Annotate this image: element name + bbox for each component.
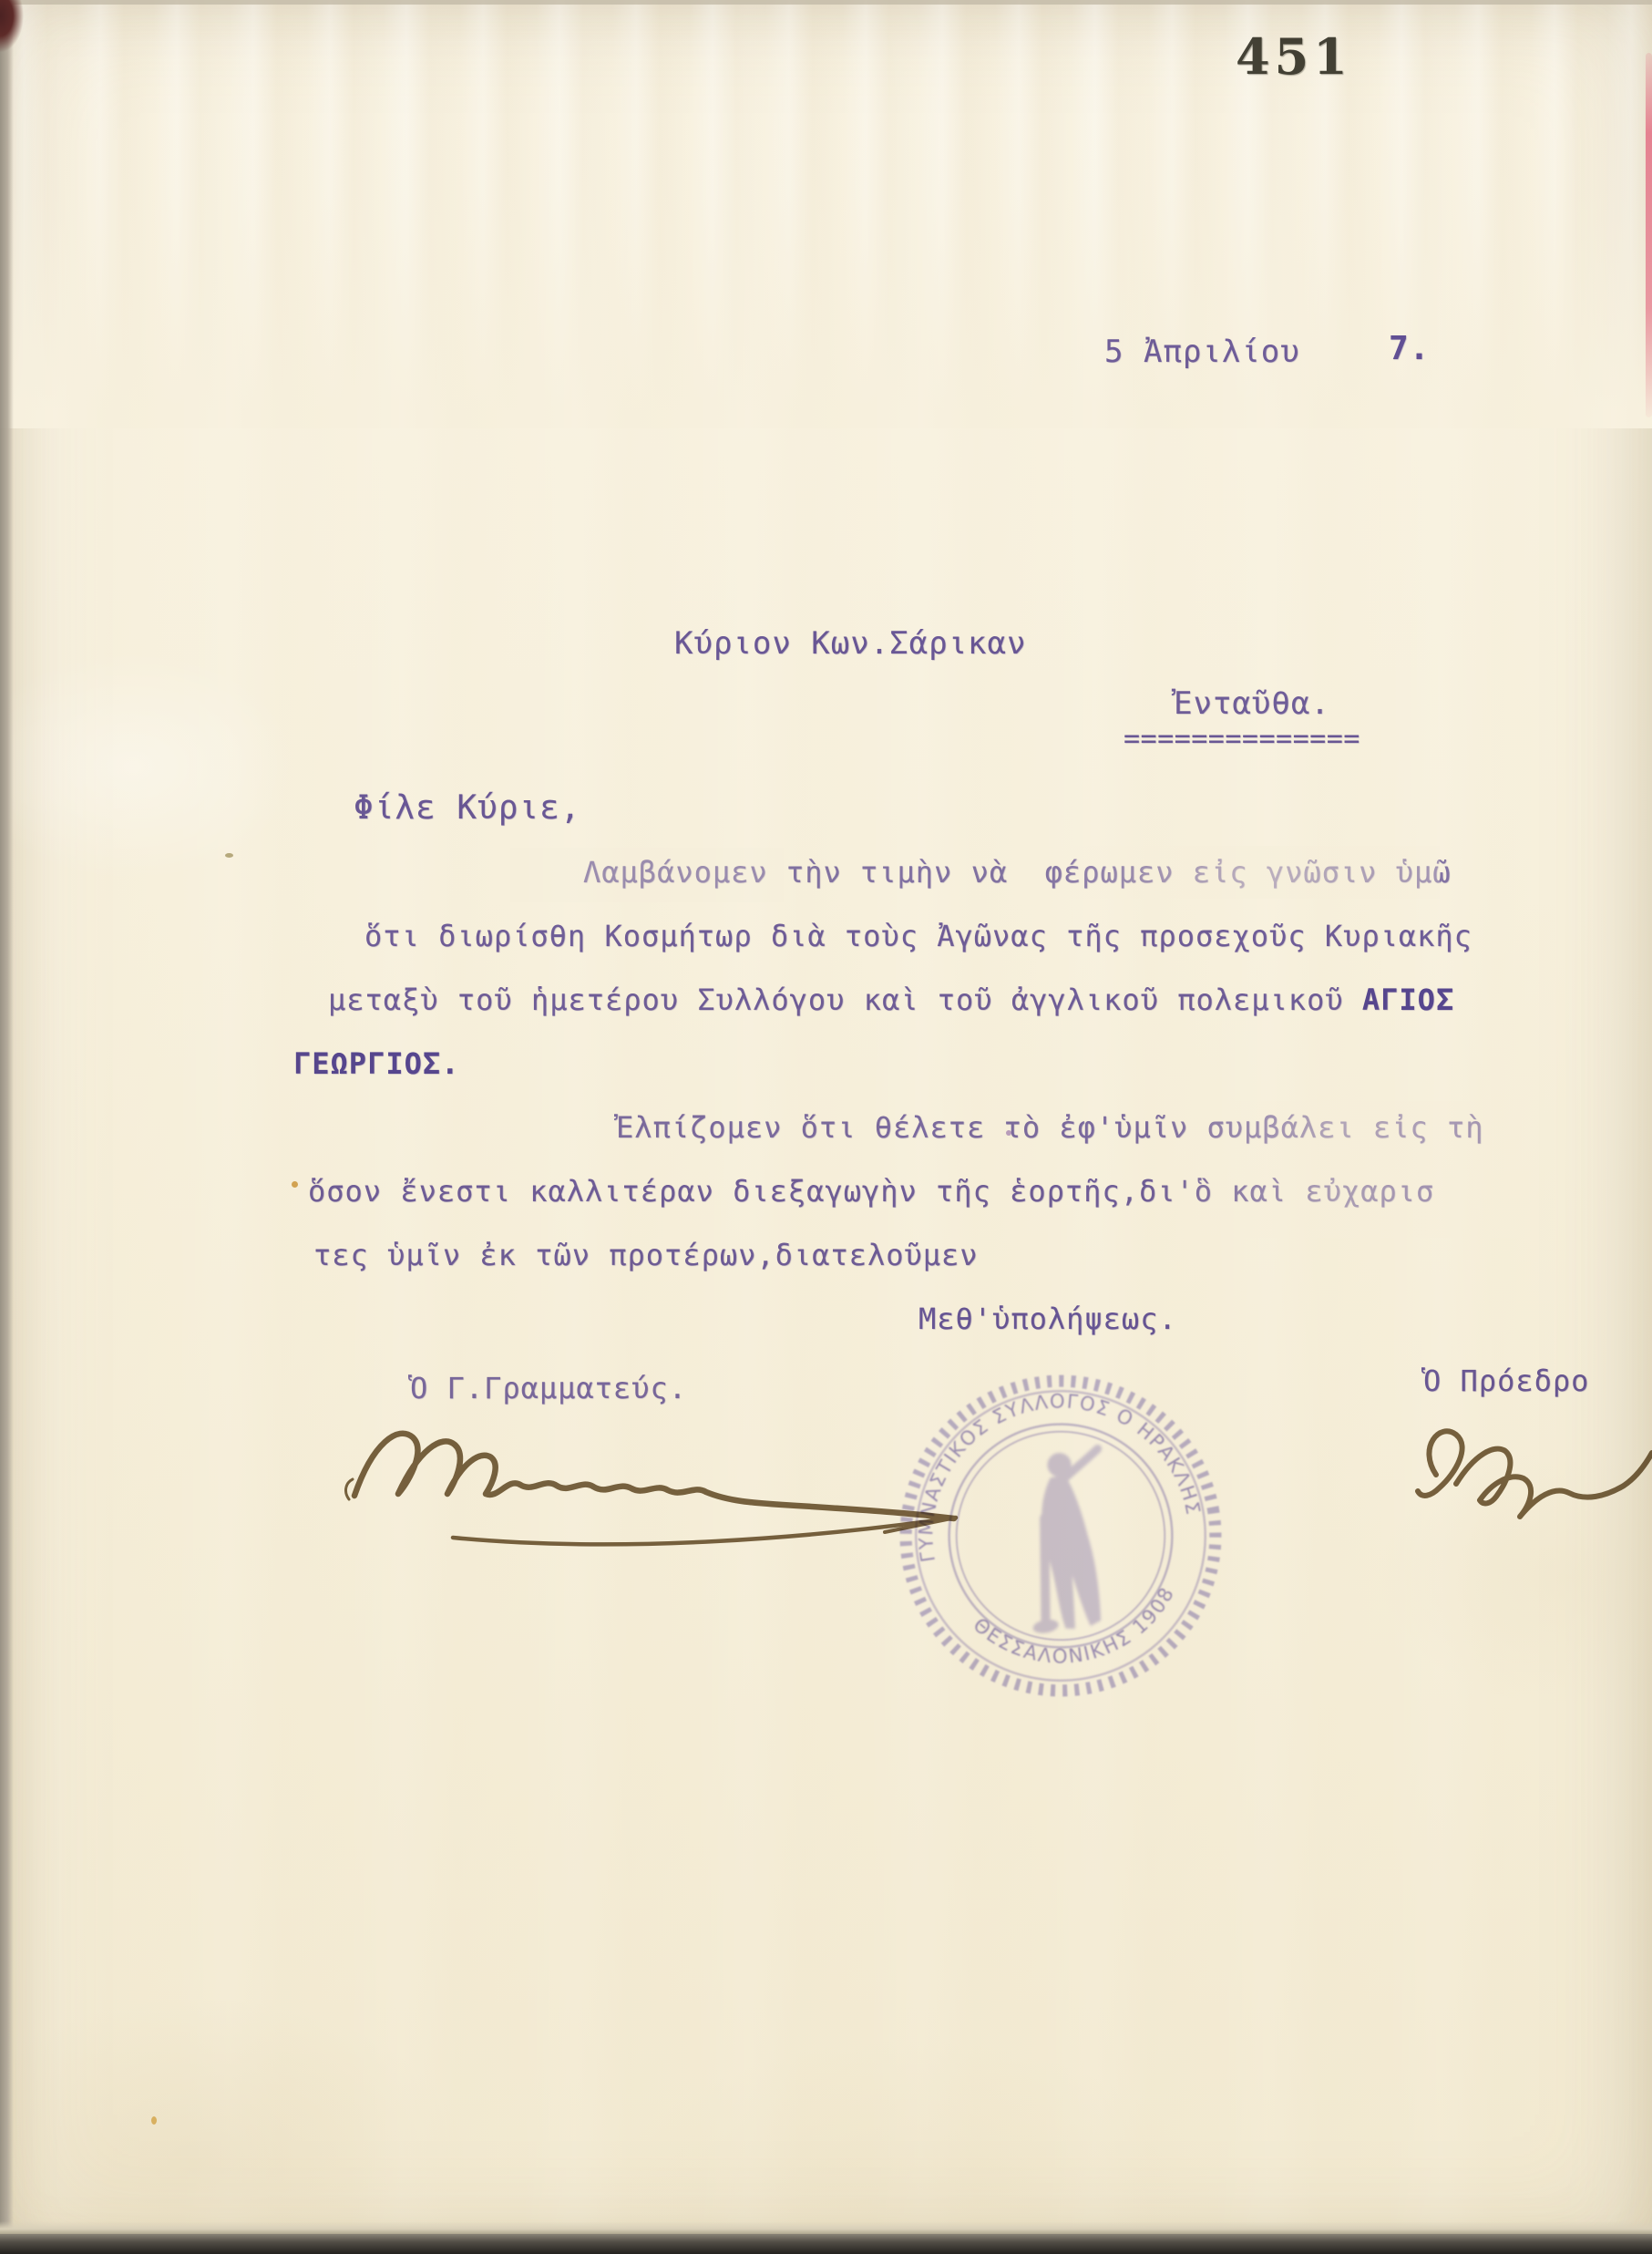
page-number: 451 <box>1236 27 1352 86</box>
red-edge-line <box>1646 53 1652 417</box>
body-line-2: ὅτι διωρίσθη Κοσμήτωρ διὰ τοὺς Ἀγῶνας τῆ… <box>364 919 1472 953</box>
body-line-3-text: μεταξὺ τοῦ ἡμετέρου Συλλόγου καὶ τοῦ ἀγγ… <box>328 983 1362 1017</box>
scan-edge-top <box>0 0 1652 5</box>
date-text: 5 Ἀπριλίου <box>1104 334 1300 370</box>
paper-speck <box>292 1181 298 1188</box>
body-line-1: Λαμβάνομεν τὴν τιμὴν νὰ φέρωμεν εἰς γνῶσ… <box>583 855 1451 890</box>
president-signature <box>1403 1395 1652 1545</box>
president-title: Ὁ Πρόεδρο <box>1423 1364 1589 1398</box>
paper-speck <box>225 853 233 858</box>
corner-stain <box>0 0 24 53</box>
seal-ring-text-bottom: ΘΕΣΣΑΛΟΝΙΚΗΣ 1908 <box>966 1580 1189 1685</box>
body-line-5: Ἐλπίζομεν ὅτι θέλετε τὸ ἐφ'ὑμῖν συμβάλει… <box>616 1110 1483 1145</box>
closing-formula: Μεθ'ὑπολήψεως. <box>918 1302 1177 1336</box>
seal-hercules-figure <box>1004 1446 1128 1636</box>
recipient-place-underline: ============== <box>1124 723 1360 755</box>
scan-edge-bottom <box>0 2234 1652 2254</box>
recipient-line: Κύριον Κων.Σάρικαν <box>674 625 1026 662</box>
ship-name-part-2: ΓΕΩΡΓΙΟΣ. <box>293 1046 459 1081</box>
date-number: 7. <box>1389 330 1430 367</box>
body-line-7: τες ὑμῖν ἐκ τῶν προτέρων,διατελοῦμεν <box>313 1238 979 1272</box>
scan-edge-left <box>0 0 14 2254</box>
scanned-letter-page: 451 5 Ἀπριλίου 7. Κύριον Κων.Σάρικαν Ἐντ… <box>0 0 1652 2254</box>
svg-text:ΘΕΣΣΑΛΟΝΙΚΗΣ 1908: ΘΕΣΣΑΛΟΝΙΚΗΣ 1908 <box>966 1580 1189 1685</box>
salutation: Φίλε Κύριε, <box>354 789 580 827</box>
body-line-3: μεταξὺ τοῦ ἡμετέρου Συλλόγου καὶ τοῦ ἀγγ… <box>328 983 1454 1017</box>
organization-seal: ΓΥΜΝΑΣΤΙΚΟΣ ΣΥΛΛΟΓΟΣ Ο ΗΡΑΚΛΗΣ ΘΕΣΣΑΛΟΝΙ… <box>868 1343 1253 1729</box>
paper-speck <box>151 2116 157 2125</box>
paper-speck <box>1006 1130 1011 1136</box>
body-line-6: ὅσον ἔνεστι καλλιτέραν διεξαγωγὴν τῆς ἑο… <box>308 1174 1434 1209</box>
recipient-place: Ἐνταῦθα. <box>1174 685 1330 722</box>
paper-bottom-curl <box>0 2221 1652 2234</box>
ship-name-part-1: ΑΓΙΟΣ <box>1362 983 1454 1017</box>
